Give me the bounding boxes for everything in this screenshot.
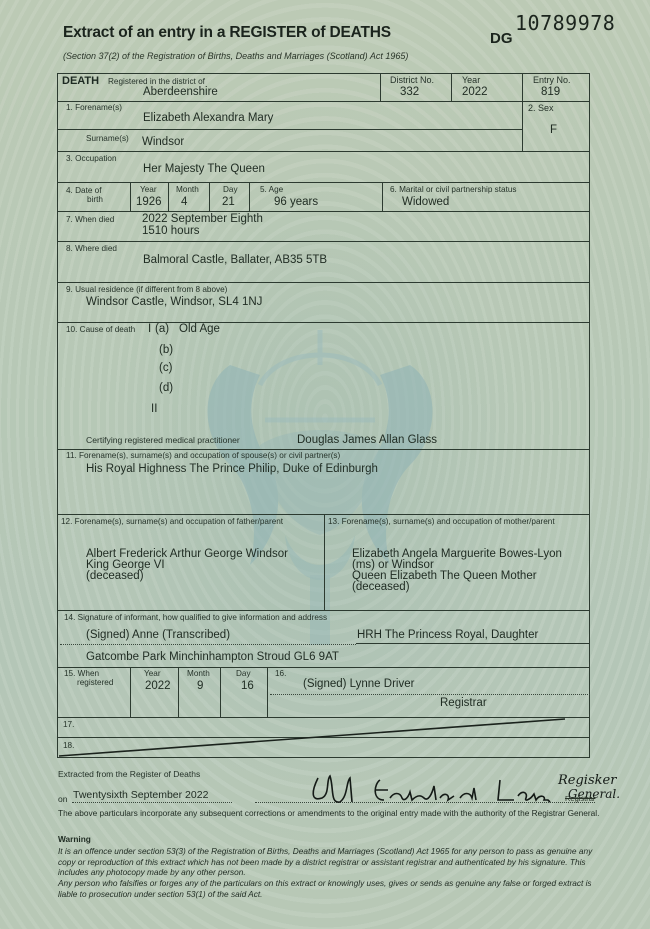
on-label: on — [58, 794, 67, 804]
district-value: Aberdeenshire — [143, 86, 218, 98]
cause-d-label: (d) — [159, 382, 173, 394]
practitioner-label: Certifying registered medical practition… — [86, 436, 240, 445]
occupation-value: Her Majesty The Queen — [143, 163, 265, 175]
field17-label: 17. — [63, 720, 74, 729]
serial-number: 10789978 — [515, 11, 615, 35]
where-died-label: 8. Where died — [66, 244, 117, 253]
extract-date: Twentysixth September 2022 — [73, 789, 208, 801]
when-died-time: 1510 hours — [142, 225, 200, 237]
residence-value: Windsor Castle, Windsor, SL4 1NJ — [86, 296, 262, 308]
informant-address: Gatcombe Park Minchinhampton Stroud GL6 … — [86, 651, 339, 663]
mother-line-4: (deceased) — [352, 581, 410, 593]
field16-label: 16. — [275, 669, 286, 678]
series-code: DG — [490, 30, 513, 47]
cause-label: 10. Cause of death — [66, 325, 135, 334]
residence-label: 9. Usual residence (if different from 8 … — [66, 285, 227, 294]
death-label: DEATH — [62, 75, 99, 87]
dob-label-2: birth — [87, 195, 103, 204]
extracted-from: Extracted from the Register of Deaths — [58, 769, 200, 779]
dob-day-label: Day — [223, 185, 238, 194]
cause-c-label: (c) — [159, 362, 172, 374]
registered-year-value: 2022 — [145, 680, 171, 692]
warning-heading: Warning — [58, 834, 603, 845]
cause-b-label: (b) — [159, 344, 173, 356]
dob-year-value: 1926 — [136, 196, 162, 208]
registrar-title: Registrar — [440, 697, 487, 709]
entry-no-label: Entry No. — [533, 76, 571, 85]
registered-month-value: 9 — [197, 680, 203, 692]
year-value: 2022 — [462, 86, 488, 98]
spouse-label: 11. Forename(s), surname(s) and occupati… — [66, 451, 340, 460]
thistle-crown-watermark-icon — [190, 325, 450, 655]
sex-label: 2. Sex — [528, 104, 554, 113]
dob-label: 4. Date of — [66, 186, 102, 195]
sex-value: F — [550, 124, 557, 136]
dob-month-label: Month — [176, 185, 199, 194]
registered-label-2: registered — [77, 678, 113, 687]
marital-label: 6. Marital or civil partnership status — [390, 185, 517, 194]
spouse-value: His Royal Highness The Prince Philip, Du… — [86, 463, 378, 475]
district-no-value: 332 — [400, 86, 419, 98]
cause-part-one: I — [148, 323, 151, 335]
svg-text:Regisker: Regisker — [557, 773, 617, 788]
document-title: Extract of an entry in a REGISTER of DEA… — [63, 24, 391, 42]
registrar-signature: (Signed) Lynne Driver — [303, 678, 414, 690]
dob-day-value: 21 — [222, 196, 235, 208]
informant-label: 14. Signature of informant, how qualifie… — [64, 613, 327, 622]
dob-year-label: Year — [140, 185, 157, 194]
district-label: Registered in the district of — [108, 77, 205, 86]
forenames-label: 1. Forename(s) — [66, 103, 122, 112]
mother-label: 13. Forename(s), surname(s) and occupati… — [328, 517, 555, 526]
forenames-value: Elizabeth Alexandra Mary — [143, 112, 273, 124]
district-no-label: District No. — [390, 76, 434, 85]
when-died-date: 2022 September Eighth — [142, 213, 263, 225]
when-died-label: 7. When died — [66, 215, 114, 224]
registered-label: 15. When — [64, 669, 99, 678]
dob-month-value: 4 — [181, 196, 187, 208]
marital-value: Widowed — [402, 196, 449, 208]
entry-no-value: 819 — [541, 86, 560, 98]
warning-paragraph-1: It is an offence under section 53(3) of … — [58, 846, 603, 878]
occupation-label: 3. Occupation — [66, 154, 117, 163]
strikethrough-line — [57, 717, 590, 758]
year-label: Year — [462, 76, 480, 85]
act-reference: (Section 37(2) of the Registration of Bi… — [63, 51, 408, 61]
informant-qualification: HRH The Princess Royal, Daughter — [357, 629, 538, 641]
cause-a-label: (a) — [155, 323, 169, 335]
surname-label: Surname(s) — [86, 134, 129, 143]
practitioner-value: Douglas James Allan Glass — [297, 434, 437, 446]
age-value: 96 years — [274, 196, 318, 208]
informant-signature: (Signed) Anne (Transcribed) — [86, 629, 230, 641]
cause-part-two: II — [151, 403, 157, 415]
father-label: 12. Forename(s), surname(s) and occupati… — [61, 517, 283, 526]
registered-day-value: 16 — [241, 680, 254, 692]
registered-day-label: Day — [236, 669, 251, 678]
where-died-value: Balmoral Castle, Ballater, AB35 5TB — [143, 254, 327, 266]
warning-paragraph-2: Any person who falsifies or forges any o… — [58, 878, 603, 899]
cause-a-value: Old Age — [179, 323, 220, 335]
amendments-note: The above particulars incorporate any su… — [58, 808, 603, 819]
printed-registrar-title: Registrar — [565, 794, 595, 803]
field18-label: 18. — [63, 741, 74, 750]
father-line-3: (deceased) — [86, 570, 144, 582]
surname-value: Windsor — [142, 136, 184, 148]
registered-month-label: Month — [187, 669, 210, 678]
age-label: 5. Age — [260, 185, 283, 194]
registered-year-label: Year — [144, 669, 161, 678]
